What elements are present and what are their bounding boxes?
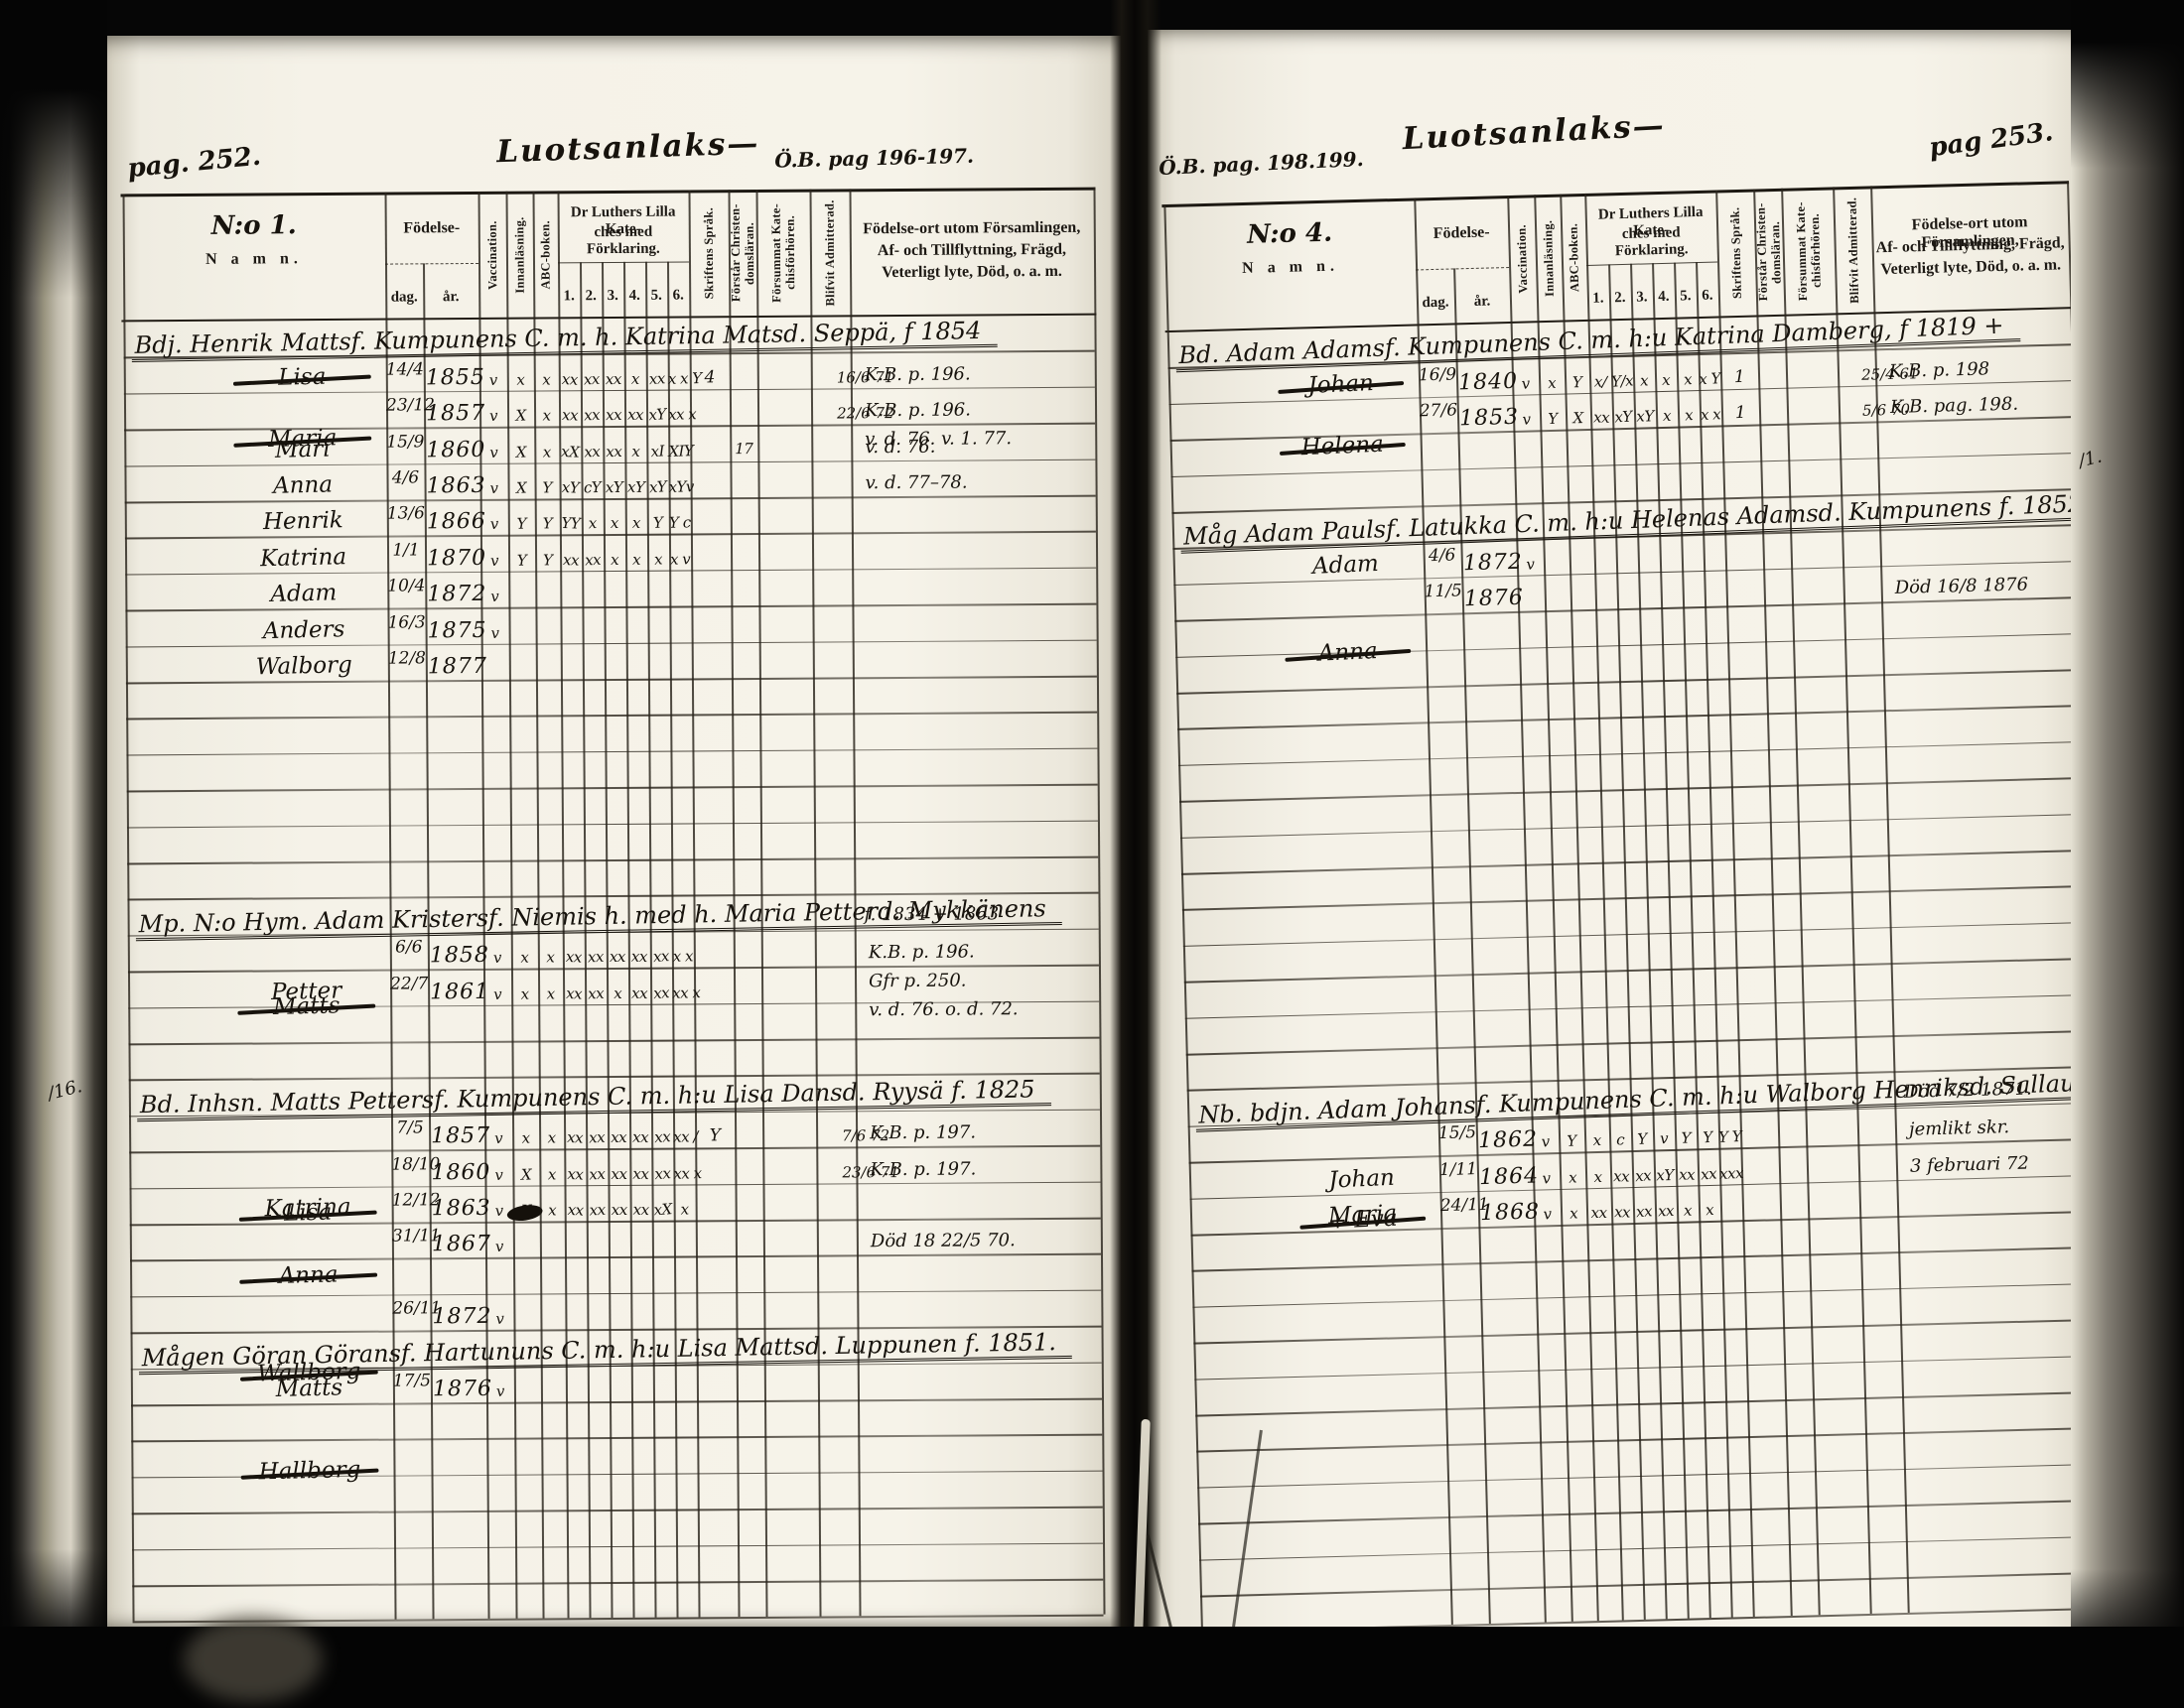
entry-mark: x <box>625 514 647 533</box>
entry-mark: xx <box>609 1201 630 1219</box>
entry-birth-day: 4/6 <box>386 467 424 487</box>
fodelse-split-line <box>1416 267 1509 270</box>
ruled-line <box>1182 885 2086 910</box>
ruled-line <box>1196 1427 2100 1452</box>
entry-forstar-mark: 17 <box>730 440 757 458</box>
entry-mark: xx <box>559 406 582 425</box>
entry-mark: x <box>1585 1167 1610 1185</box>
family-head-note: f. 1834 + 1863 <box>865 903 1000 925</box>
entry-name: Anna <box>238 471 367 500</box>
entry-mark: xY <box>604 478 625 496</box>
katekes-number: 5. <box>1675 288 1697 306</box>
entry-mark: x <box>534 443 559 460</box>
entry-mark: x <box>673 1200 695 1219</box>
entry-birth-day: 24/11 <box>1440 1195 1479 1216</box>
ruled-line <box>126 747 1097 755</box>
entry-mark: x <box>647 550 670 569</box>
entry-mark: xx <box>1586 1204 1611 1222</box>
entry-mark: xx <box>564 1201 587 1220</box>
book-page-edges-right <box>2071 0 2184 1708</box>
entry-mark: v <box>1532 1168 1560 1188</box>
entry-mark: v <box>480 587 509 606</box>
ruled-line <box>1198 1500 2102 1524</box>
entry-birth-year: 1875 <box>427 618 478 643</box>
blifvit-admitterad-label: Blifvit Admit­terad. <box>810 193 851 312</box>
entry-birth-year: 1872 <box>432 1304 483 1329</box>
entry-mark: x v <box>669 550 691 569</box>
entry-mark: x <box>624 369 646 388</box>
family-head-entry: Bdj. Henrik Mattsf. Kumpunens C. m. h. K… <box>131 317 997 362</box>
entry-birth-day: 17/5 <box>393 1371 431 1390</box>
entry-name: Hallborg <box>245 1457 374 1486</box>
forsummat-label: Försummat Kate­chisförhören. <box>1781 191 1836 311</box>
entry-mark: v <box>1512 410 1540 430</box>
ruled-line <box>130 1253 1101 1261</box>
ruled-line <box>1177 705 2081 729</box>
entry-mark: x <box>1677 1202 1699 1220</box>
entry-mark: x <box>604 551 625 569</box>
entry-skrift-mark: 1 <box>1721 403 1760 424</box>
ruled-line <box>130 1289 1101 1297</box>
fodelseort-label-1: Födelse-ort utom Församlingen, <box>850 219 1094 239</box>
entry-mark: x x Y <box>668 369 690 388</box>
entry-birth-year: 1858 <box>430 943 481 968</box>
abc-boken-label: ABC-boken. <box>1560 197 1587 318</box>
entry-note: K.B. p. 196. <box>865 363 971 385</box>
ruled-line <box>1192 1283 2096 1308</box>
entry-mark: x <box>1539 373 1566 392</box>
entry-mark: xx <box>586 1201 609 1220</box>
entry-name: Anna <box>1290 637 1407 668</box>
entry-mark: v <box>479 478 508 498</box>
entry-note: 3 februari 72 <box>1910 1152 2029 1176</box>
entry-birth-day: 1/11 <box>1439 1159 1478 1180</box>
entry-name: Henrik <box>239 507 368 536</box>
forsummat-label: Försummat Kate­chisförhören. <box>756 194 811 313</box>
forstar-label: Förstår Christen­domsläran. <box>729 194 757 313</box>
ruled-line <box>132 1507 1103 1514</box>
entry-note: Död 16/8 1876 <box>1894 575 2028 599</box>
entry-mark: xx <box>629 1128 651 1147</box>
entry-skrift-mark: Y <box>695 1125 735 1145</box>
entry-birth-day: 12/12 <box>392 1190 430 1210</box>
entry-name: Adam <box>239 580 368 608</box>
book-page-edges-left <box>0 0 107 1708</box>
entry-mark: xx <box>628 984 650 1002</box>
entry-birth-day: 12/8 <box>388 648 426 668</box>
entry-mark: xx <box>651 1127 674 1146</box>
entry-birth-day: 16/3 <box>387 612 425 632</box>
ruled-line <box>127 856 1098 864</box>
ruled-line <box>1197 1464 2101 1489</box>
entry-birth-year: 1864 <box>1479 1163 1532 1189</box>
entry-note: K.B. p. 198 <box>1889 358 1990 382</box>
entry-name: Katrina <box>243 1194 372 1223</box>
ruled-line <box>1176 669 2080 694</box>
entry-mark: v <box>1516 554 1544 574</box>
entry-mark: xx <box>645 369 668 388</box>
entry-mark: x <box>581 514 604 533</box>
entry-mark: Y Y <box>1718 1127 1741 1146</box>
innanlasning-label: Innanläsning. <box>1534 198 1563 319</box>
katekes-number: 6. <box>667 287 689 304</box>
vaccination-label: Vaccination. <box>1507 198 1537 319</box>
entry-name: Walborg <box>240 652 369 681</box>
entry-mark: x <box>1655 371 1677 389</box>
table-top-border <box>121 188 1096 197</box>
entry-mark: xx <box>560 551 583 570</box>
scan-shadow-blob <box>184 1618 323 1702</box>
entry-mark: x <box>1584 1131 1609 1149</box>
entry-mark: xx <box>585 948 608 967</box>
skriftens-sprak-label: Skriftens Språk. <box>1715 194 1756 314</box>
ruled-line <box>1191 1247 2095 1271</box>
entry-mark: xx <box>562 948 585 967</box>
entry-mark: v <box>483 985 512 1004</box>
entry-mark: x <box>604 514 625 532</box>
entry-mark: v <box>485 1309 514 1329</box>
entry-mark: xX <box>651 1200 674 1219</box>
entry-birth-day: 27/6 <box>1420 401 1458 422</box>
entry-note: K.B. pag. 198. <box>1890 394 2019 418</box>
entry-mark: xX <box>559 442 582 460</box>
entry-mark: v <box>1653 1129 1675 1148</box>
entry-mark: xx <box>581 442 604 460</box>
entry-mark: x <box>534 407 559 425</box>
ruled-line <box>1181 850 2085 874</box>
ruled-line <box>131 1434 1102 1442</box>
entry-note: v. d. 76. o. d. 72. <box>869 998 1019 1020</box>
namn-label: N a m n. <box>1165 255 1416 280</box>
entry-note: jemlikt skr. <box>1909 1117 2010 1140</box>
entry-note: Död 18 22/5 70. <box>871 1231 1016 1252</box>
entry-mark: v <box>479 514 508 534</box>
entry-birth-year: 1870 <box>427 546 478 571</box>
family-head-entry: Måg Adam Paulsf. Latukka C. m. h:u Helen… <box>1180 488 2127 554</box>
ruled-line <box>1184 958 2088 983</box>
entry-mark: Y <box>508 515 535 534</box>
entry-birth-day: 15/5 <box>1438 1122 1477 1143</box>
entry-mark: Y <box>534 478 559 496</box>
entry-mark: xY <box>1634 407 1656 426</box>
entry-mark: xx x <box>673 1164 695 1183</box>
entry-mark: xx x <box>668 405 690 424</box>
ruled-line <box>132 1542 1103 1550</box>
fodelseort-label-2: Af- och Tillflyttning, Frägd, <box>850 241 1094 261</box>
family-head-note: Död 7/2 1871. <box>1904 1078 2032 1102</box>
entry-mark: x <box>539 1129 564 1147</box>
entry-mark: xY <box>559 478 582 497</box>
entry-mark: xx <box>649 947 672 966</box>
entry-mark: x <box>1561 1204 1587 1223</box>
dag-label: dag. <box>1417 294 1454 312</box>
katekes-number: 2. <box>1609 289 1631 307</box>
katekes-number: 3. <box>1631 289 1653 307</box>
entry-mark: Y <box>646 513 669 532</box>
fodelse-label: Födelse- <box>385 219 478 238</box>
entry-mark: xxx <box>1719 1164 1742 1183</box>
entry-mark: xx <box>1610 1167 1632 1186</box>
entry-mark: x <box>507 370 534 389</box>
entry-mark: xx <box>586 1164 609 1183</box>
entry-note: K.B. p. 196. <box>869 942 975 964</box>
entry-note: v. d. 77–78. <box>865 472 967 494</box>
entry-mark: xY <box>646 477 669 496</box>
entry-mark: x <box>512 1129 539 1148</box>
entry-mark: X <box>507 407 534 426</box>
ruled-line <box>1178 741 2082 766</box>
entry-mark: xx <box>651 1164 674 1183</box>
fodelseort-label-2: Af- och Tillflyttning, Frägd, <box>1871 234 2068 257</box>
entry-mark: v <box>1532 1131 1560 1151</box>
entry-mark: xx <box>1655 1202 1677 1221</box>
entry-mark: x <box>538 985 563 1002</box>
ruled-line <box>1200 1572 2104 1597</box>
entry-mark: v <box>1512 373 1540 393</box>
entry-mark: X <box>507 478 534 497</box>
entry-mark: xx <box>608 1128 629 1146</box>
entry-mark: xYv <box>668 477 690 496</box>
page-number-right: pag 253. <box>1927 117 2054 163</box>
entry-mark: xx <box>1590 409 1612 428</box>
ruled-line <box>1186 1030 2090 1055</box>
right-page-content: Ö.B. pag. 198.199. Luotsanlaks— pag 253.… <box>1142 6 2115 1642</box>
entry-birth-day: 23/12 <box>386 396 424 416</box>
entry-mark: x/ <box>1589 372 1611 391</box>
entry-name: Petter <box>242 977 371 1005</box>
entry-name: Lisa <box>237 362 366 391</box>
entry-name: Maria <box>1304 1200 1422 1231</box>
ruled-line <box>132 1579 1103 1587</box>
katekes-number: 5. <box>645 287 667 304</box>
entry-mark: xY <box>646 405 669 424</box>
entry-mark: xY <box>1612 408 1635 427</box>
entry-note: v. d. 76. <box>865 436 935 457</box>
fodelseort-label-3: Veterligt lyte, Död, o. a. m. <box>850 263 1094 283</box>
entry-mark: x <box>534 370 559 388</box>
entry-birth-day: 11/5 <box>1424 582 1462 602</box>
family-head-entry: Nb. bdjn. Adam Johansf. Kumpunens C. m. … <box>1195 1065 2183 1131</box>
skriftens-sprak-label: Skriftens Språk. <box>689 194 730 313</box>
entry-mark: x <box>1656 407 1678 425</box>
entry-birth-year: 1867 <box>432 1232 483 1256</box>
katekes-number: 3. <box>602 288 623 305</box>
katekes-number: 4. <box>1653 288 1675 306</box>
entry-birth-year: 1863 <box>426 473 478 498</box>
entry-birth-day: 18/10 <box>391 1154 429 1174</box>
entry-birth-day: 7/5 <box>391 1118 429 1138</box>
entry-birth-day: 6/6 <box>390 938 428 958</box>
entry-mark: v <box>479 443 508 462</box>
entry-name: Mari <box>238 435 367 463</box>
entry-mark: Y c <box>669 514 691 533</box>
entry-mark: xY <box>1654 1166 1676 1185</box>
katekes-number: 2. <box>580 288 602 305</box>
entry-mark: xx <box>624 406 646 425</box>
entry-mark: x <box>539 1165 564 1183</box>
entry-mark: v <box>479 406 508 426</box>
entry-mark: xx <box>629 1164 651 1183</box>
entry-mark: xx <box>603 443 624 460</box>
entry-mark: v <box>480 623 509 643</box>
entry-mark: xx <box>580 370 603 389</box>
entry-birth-day: 13/6 <box>387 504 425 524</box>
entry-mark: xx <box>1676 1165 1698 1183</box>
ruled-line <box>1183 922 2087 947</box>
entry-mark: x <box>624 442 646 460</box>
entry-name: Johan <box>1303 1163 1421 1194</box>
ruled-line <box>127 784 1098 792</box>
entry-mark: x <box>540 1201 565 1219</box>
entry-mark: Y <box>1565 373 1589 391</box>
vaccination-label: Vaccination. <box>478 196 507 315</box>
entry-mark: cY <box>581 478 604 497</box>
table-top-border <box>1161 181 2069 207</box>
entry-birth-year: 1861 <box>430 980 481 1004</box>
fodelse-label: Födelse- <box>1415 223 1508 243</box>
entry-birth-year: 1860 <box>431 1160 482 1185</box>
entry-birth-year: 1857 <box>431 1123 482 1148</box>
entry-mark: X <box>512 1165 539 1184</box>
entry-birth-year: 1872 <box>1463 550 1516 576</box>
katekes-label-2: ches med Förklaring. <box>1585 224 1717 261</box>
entry-mark: x <box>1698 1200 1720 1220</box>
entry-name: Matts <box>245 1375 374 1403</box>
entry-mark: x <box>538 949 563 967</box>
entry-mark: x <box>1676 369 1699 389</box>
entry-birth-year: 1876 <box>433 1377 484 1401</box>
entry-mark: v <box>478 370 507 390</box>
entry-birth-year: 1876 <box>1464 586 1517 611</box>
entry-birth-day: 16/9 <box>1419 364 1457 385</box>
entry-mark: YY <box>559 514 582 533</box>
ruled-line <box>1194 1355 2098 1380</box>
ruled-line <box>1199 1535 2103 1560</box>
entry-mark: x <box>511 985 538 1003</box>
entry-birth-year: 1866 <box>427 509 478 534</box>
entry-name: Johan <box>1283 369 1400 400</box>
entry-mark: xx <box>564 1164 587 1183</box>
ruled-line <box>1180 814 2084 839</box>
entry-mark: Y <box>1559 1131 1585 1150</box>
book-gutter <box>1110 0 1161 1647</box>
entry-mark: xx <box>650 984 673 1002</box>
entry-mark: v <box>480 551 509 571</box>
entry-birth-day: 22/7 <box>390 974 428 993</box>
entry-mark: xx <box>629 1201 651 1220</box>
entry-mark: Y <box>1631 1129 1654 1148</box>
katekes-number: 6. <box>1697 287 1718 305</box>
entry-mark: xx <box>582 551 605 570</box>
katekes-number: 4. <box>623 287 645 304</box>
entry-mark: X <box>507 443 534 461</box>
entry-mark: v <box>484 1165 513 1185</box>
entry-mark: v <box>482 948 511 968</box>
entry-mark: v <box>484 1237 513 1256</box>
no-label: N:o 1. <box>123 210 385 242</box>
ruled-line <box>128 1037 1099 1045</box>
entry-mark: Y <box>1675 1129 1697 1147</box>
entry-mark: x <box>607 985 628 1002</box>
entry-skrift-mark: 1 <box>1720 366 1759 387</box>
entry-birth-day: 10/4 <box>387 577 425 596</box>
ruled-line <box>1179 777 2083 802</box>
right-page: Ö.B. pag. 198.199. Luotsanlaks— pag 253.… <box>1148 30 2079 1642</box>
entry-mark: x x <box>672 947 694 966</box>
blifvit-admitterad-label: Blifvit Admit­terad. <box>1833 190 1873 310</box>
namn-label: N a m n. <box>123 250 385 270</box>
entry-mark: xx <box>603 406 624 424</box>
dag-label: dag. <box>385 289 423 306</box>
entry-mark: xx <box>563 984 586 1002</box>
ar-label: år. <box>423 289 478 306</box>
entry-mark: xx <box>585 984 608 1002</box>
ruled-line <box>126 712 1097 720</box>
ruled-line <box>127 820 1098 828</box>
entry-mark: Y <box>535 515 560 533</box>
entry-note: K.B. p. 196. <box>865 400 971 422</box>
entry-mark: xx / <box>673 1127 695 1146</box>
entry-birth-year: 1840 <box>1458 369 1511 395</box>
entry-mark: v <box>485 1381 514 1401</box>
scan-bottom-band <box>0 1627 2184 1708</box>
entry-mark: xx x <box>672 984 694 1002</box>
fodelseort-label-3: Veterligt lyte, Död, o. a. m. <box>1872 256 2069 279</box>
katekes-label-2: ches med Förklaring. <box>558 223 689 258</box>
entry-mark: Y <box>1696 1127 1718 1147</box>
scanned-parish-register: pag. 252. Luotsanlaks— Ö.B. pag 196-197.… <box>0 0 2184 1708</box>
ruled-line <box>1185 994 2089 1019</box>
entry-birth-year: 1863 <box>432 1196 483 1221</box>
entry-mark: xx <box>581 406 604 425</box>
left-page: pag. 252. Luotsanlaks— Ö.B. pag 196-197.… <box>104 36 1129 1627</box>
entry-note: K.B. p. 197. <box>870 1158 976 1180</box>
entry-mark: xx <box>1697 1164 1719 1184</box>
abc-boken-label: ABC-boken. <box>533 195 559 314</box>
entry-mark: Y <box>1540 410 1567 429</box>
entry-mark: v <box>484 1128 513 1148</box>
entry-birth-day: 26/11 <box>392 1299 430 1319</box>
ruled-line <box>1193 1319 2097 1344</box>
entry-birth-day: 15/9 <box>386 432 424 452</box>
entry-mark: XIY <box>668 442 690 460</box>
entry-mark: x <box>511 949 538 968</box>
entry-note: Gfr p. 250. <box>869 971 967 992</box>
entry-mark: X <box>1566 409 1590 427</box>
entry-birth-year: 1860 <box>426 438 478 462</box>
entry-mark: x <box>625 550 647 569</box>
entry-mark: x x <box>1700 405 1722 424</box>
entry-name: Anders <box>239 615 368 644</box>
katekes-number: 1. <box>558 288 580 305</box>
entry-mark: xx <box>1633 1202 1656 1221</box>
entry-mark: xx <box>586 1128 609 1147</box>
entry-birth-year: 1857 <box>426 401 478 426</box>
katekes-number: 1. <box>1587 290 1609 308</box>
left-page-content: pag. 252. Luotsanlaks— Ö.B. pag 196-197.… <box>98 32 1134 1630</box>
family-head-entry: Bd. Inhsn. Matts Pettersf. Kumpunens C. … <box>137 1075 1051 1121</box>
no-label: N:o 4. <box>1164 215 1416 252</box>
entry-birth-year: 1868 <box>1480 1200 1533 1226</box>
forstar-label: Förstår Christen­domsläran. <box>1753 193 1784 313</box>
ar-label: år. <box>1454 293 1510 311</box>
entry-name: Adam <box>1287 550 1404 581</box>
entry-mark: x <box>1633 371 1655 390</box>
entry-mark: Y/x <box>1611 371 1634 390</box>
family-head-entry: Mågen Göran Göransf. Hartununs C. m. h:u… <box>138 1327 1072 1374</box>
entry-name: Katrina <box>239 543 368 572</box>
register-table-left: N:o 1.N a m n.Födelse-dag.år.Vaccination… <box>98 32 1124 219</box>
